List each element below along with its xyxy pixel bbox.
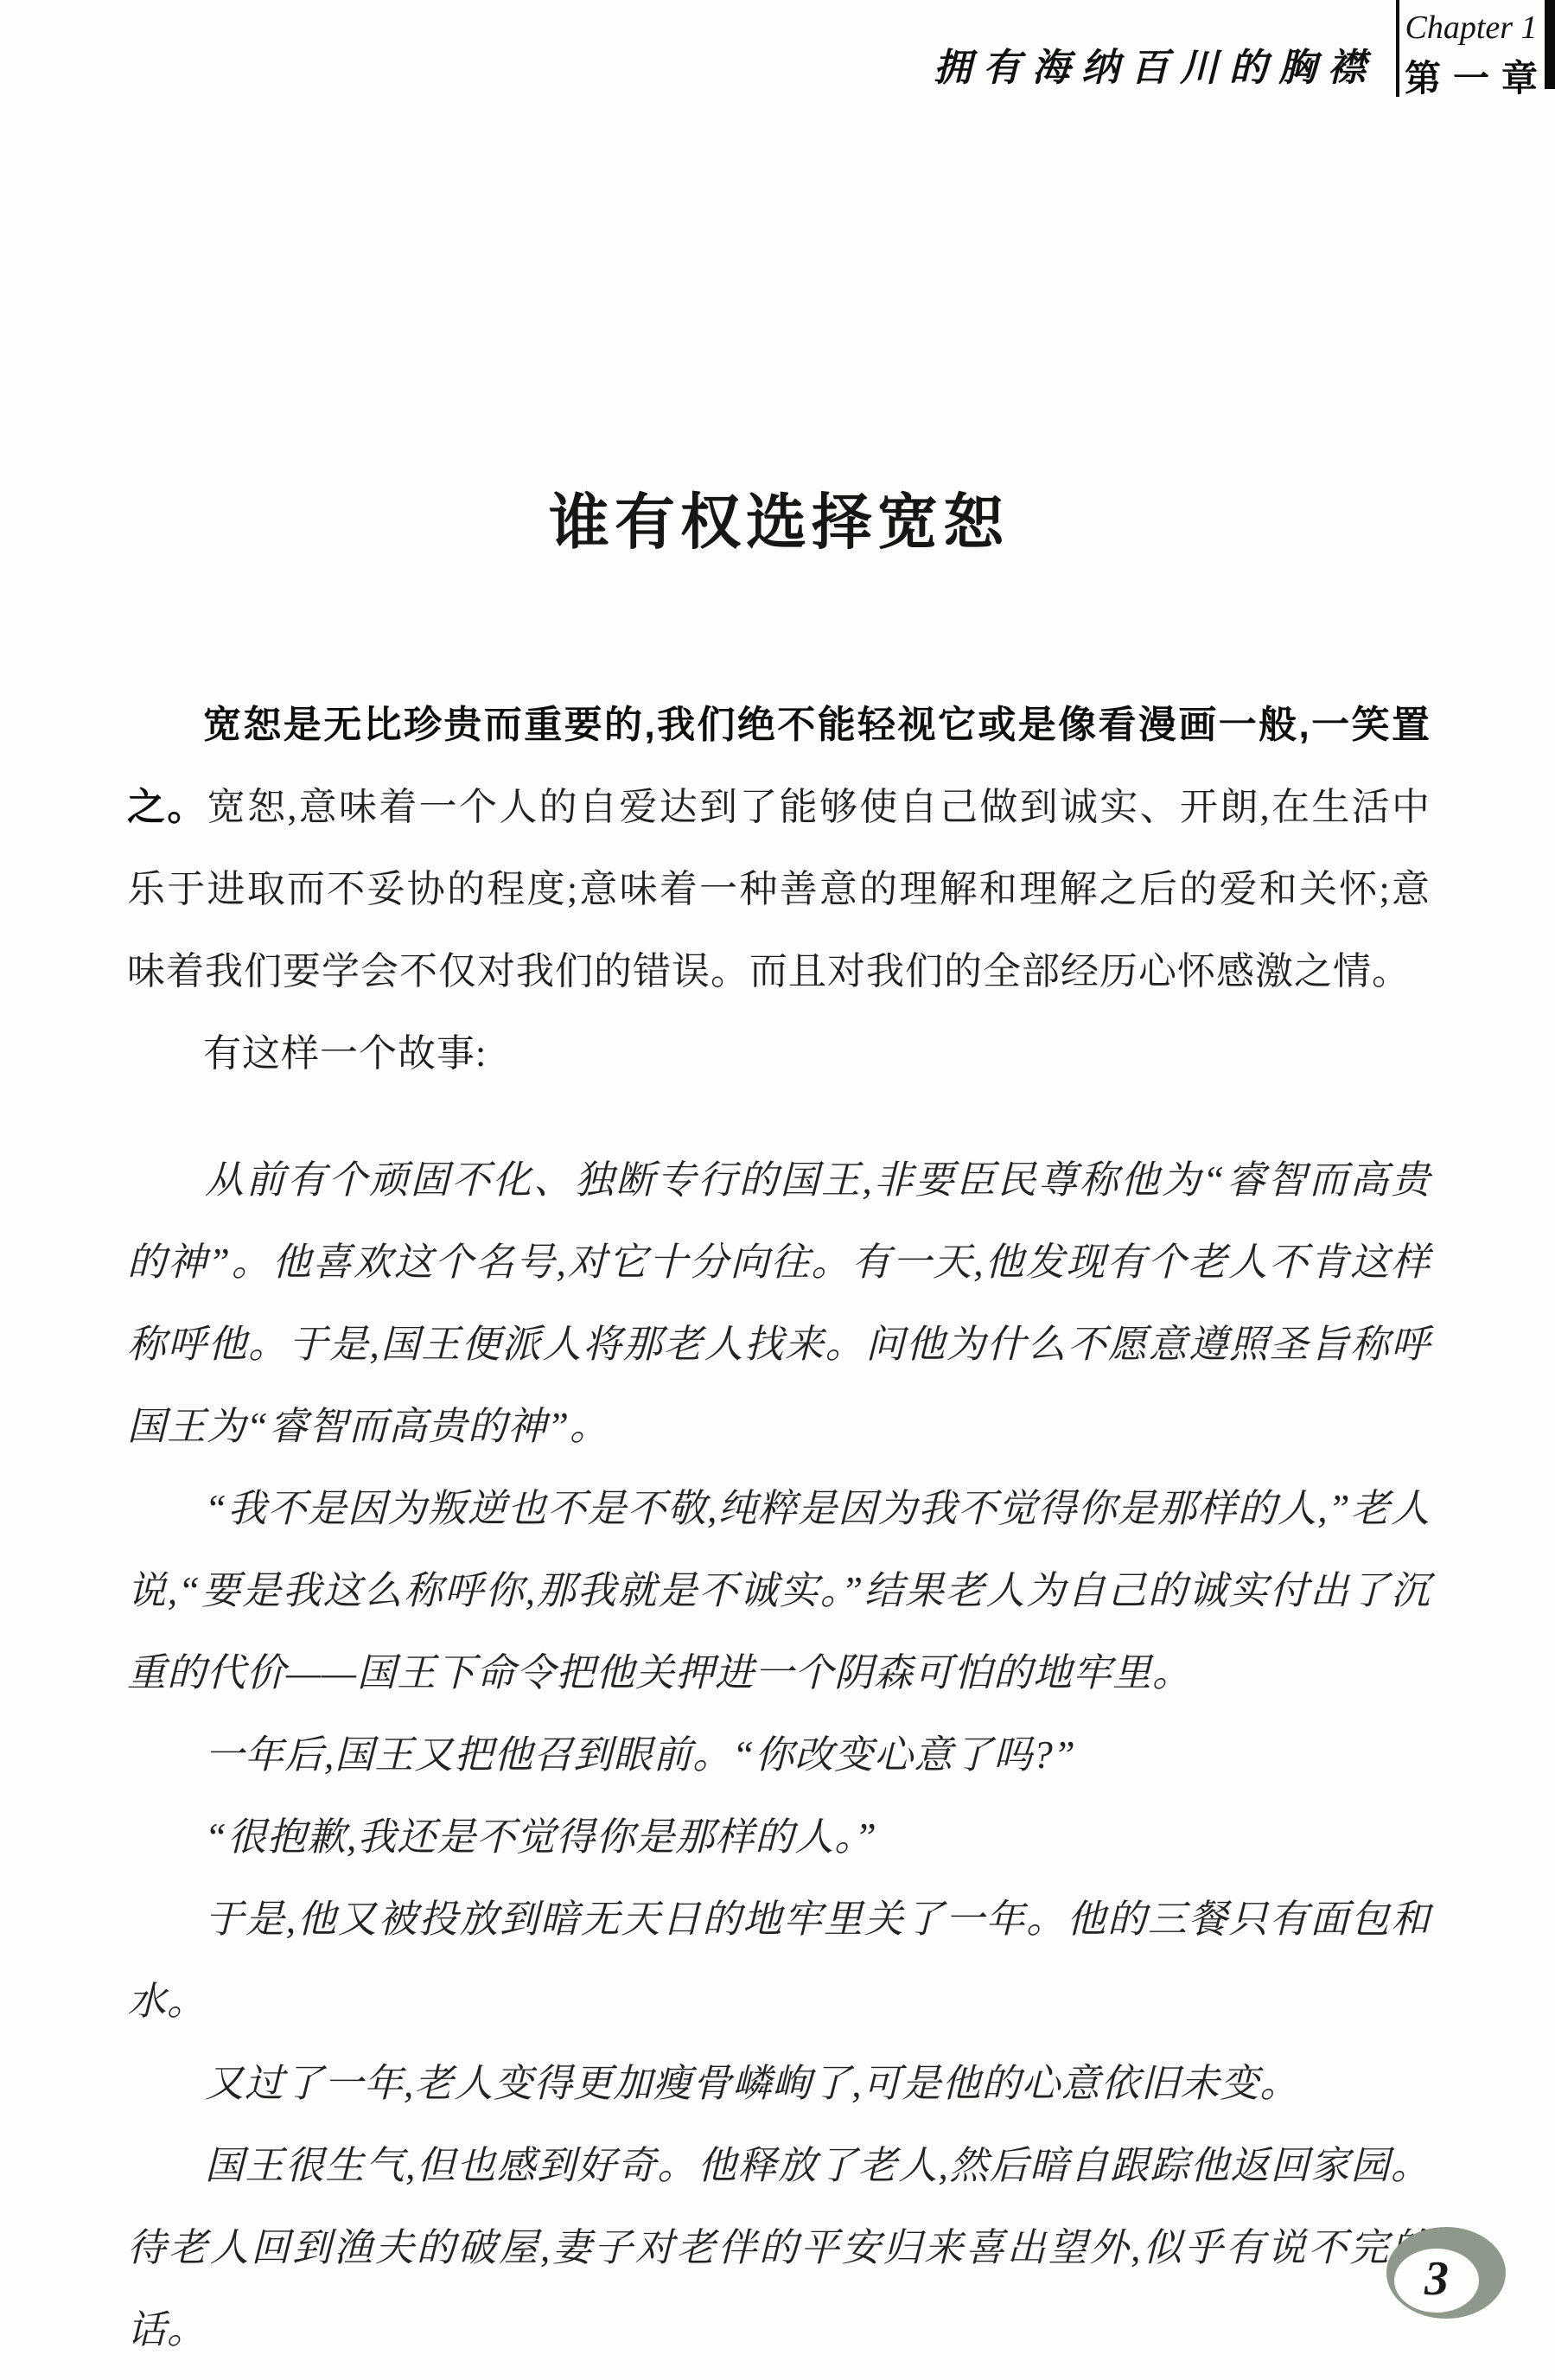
story-paragraph: 国王很生气,但也感到好奇。他释放了老人,然后暗自跟踪他返回家园。待老人回到渔夫的…	[127, 2125, 1431, 2371]
intro-rest-text: 宽恕,意味着一个人的自爱达到了能够使自己做到诚实、开朗,在生活中乐于进取而不妥协…	[127, 786, 1431, 992]
page-number-badge: 3	[1386, 2227, 1506, 2319]
story-paragraph: 从前有个顽固不化、独断专行的国王,非要臣民尊称他为“睿智而高贵的神”。他喜欢这个…	[127, 1139, 1431, 1468]
intro-text: 宽恕是无比珍贵而重要的,我们绝不能轻视它或是像看漫画一般,一笑置之。宽恕,意味着…	[127, 684, 1431, 1012]
running-title: 拥有海纳百川的胸襟	[934, 36, 1377, 92]
page-number: 3	[1424, 2251, 1449, 2307]
story-paragraph: “我不是因为叛逆也不是不敬,纯粹是因为我不觉得你是那样的人,”老人说,“要是我这…	[127, 1468, 1431, 1714]
story-paragraph: “很抱歉,我还是不觉得你是那样的人。”	[127, 1796, 1431, 1879]
page-edge-mark	[1545, 0, 1555, 89]
story-paragraph: 一年后,国王又把他召到眼前。“你改变心意了吗?”	[127, 1714, 1431, 1796]
article-title: 谁有权选择宽恕	[127, 474, 1431, 561]
article-content: 谁有权选择宽恕 宽恕是无比珍贵而重要的,我们绝不能轻视它或是像看漫画一般,一笑置…	[127, 474, 1431, 2371]
chapter-label-zh: 第一章	[1403, 50, 1552, 102]
badge-inner-oval: 3	[1394, 2249, 1479, 2313]
chapter-block: Chapter 1 第一章	[1403, 9, 1539, 102]
story-section: 从前有个顽固不化、独断专行的国王,非要臣民尊称他为“睿智而高贵的神”。他喜欢这个…	[127, 1139, 1431, 2371]
badge-ring: 3	[1386, 2227, 1506, 2319]
story-lead-in-line: 有这样一个故事:	[127, 1012, 1431, 1094]
chapter-label-en: Chapter 1	[1403, 9, 1539, 47]
story-paragraph: 于是,他又被投放到暗无天日的地牢里关了一年。他的三餐只有面包和水。	[127, 1879, 1431, 2043]
header-divider	[1396, 0, 1399, 97]
story-paragraph: 又过了一年,老人变得更加瘦骨嶙峋了,可是他的心意依旧未变。	[127, 2043, 1431, 2125]
book-page: 拥有海纳百川的胸襟 Chapter 1 第一章 谁有权选择宽恕 宽恕是无比珍贵而…	[0, 0, 1555, 2380]
intro-paragraph: 宽恕是无比珍贵而重要的,我们绝不能轻视它或是像看漫画一般,一笑置之。宽恕,意味着…	[127, 684, 1431, 1094]
